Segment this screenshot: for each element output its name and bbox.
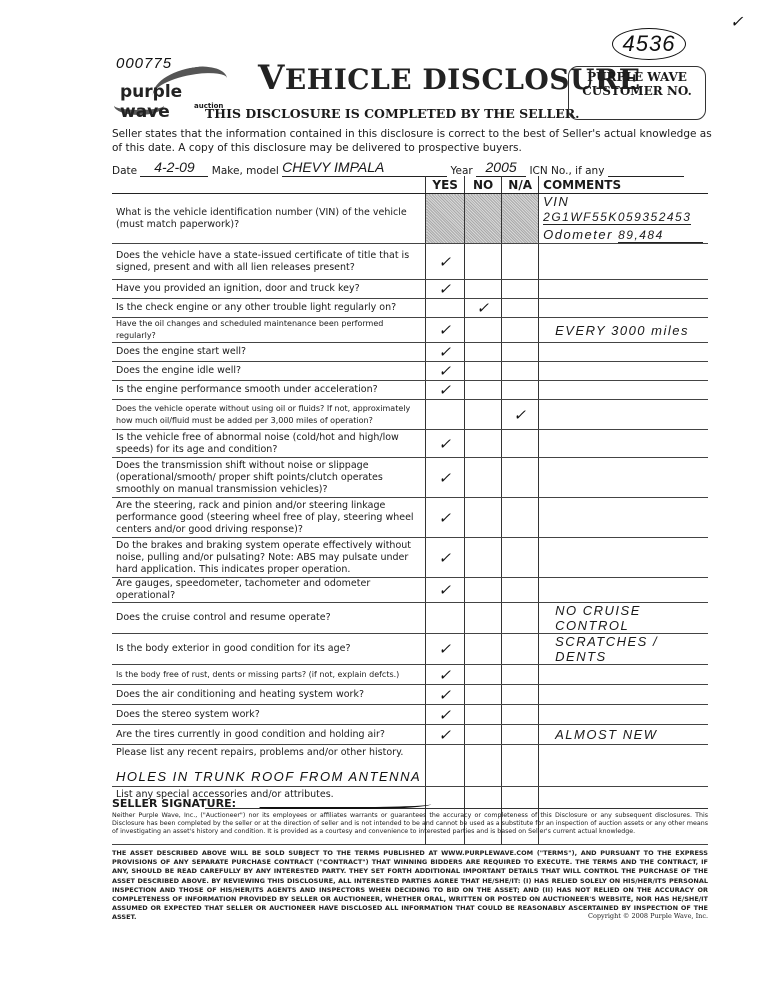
na-checkbox[interactable]	[502, 498, 539, 538]
yes-checkbox[interactable]: ✓	[426, 244, 465, 280]
question-text: Have you provided an ignition, door and …	[112, 280, 426, 299]
no-checkbox[interactable]	[465, 244, 502, 280]
na-checkbox[interactable]	[502, 280, 539, 299]
table-row: Does the transmission shift without nois…	[112, 458, 708, 498]
table-row: Do the brakes and braking system operate…	[112, 538, 708, 578]
yes-checkbox[interactable]: ✓	[426, 458, 465, 498]
no-header: NO	[465, 176, 502, 194]
date-field[interactable]: 4-2-09	[140, 160, 208, 177]
no-checkbox[interactable]	[465, 362, 502, 381]
odometer-label: Odometer	[543, 227, 613, 242]
copyright: Copyright © 2008 Purple Wave, Inc.	[588, 912, 708, 920]
no-checkbox[interactable]	[465, 725, 502, 745]
vin-field[interactable]: 2G1WF55K059352453	[543, 210, 691, 225]
yes-checkbox[interactable]	[426, 299, 465, 318]
title-initial: V	[258, 58, 285, 98]
comment-field[interactable]	[539, 362, 708, 381]
repairs-cell[interactable]: Please list any recent repairs, problems…	[112, 745, 426, 787]
check-icon: ✓	[438, 436, 452, 453]
na-checkbox[interactable]	[502, 634, 539, 665]
na-checkbox[interactable]	[502, 685, 539, 705]
signature-stroke	[259, 797, 436, 809]
na-checkbox[interactable]	[502, 430, 539, 458]
repairs-comment[interactable]	[539, 745, 708, 787]
na-checkbox[interactable]	[502, 343, 539, 362]
disclaimer-text: Neither Purple Wave, Inc., ("Auctioneer"…	[112, 812, 708, 837]
question-text: Does the air conditioning and heating sy…	[112, 685, 426, 705]
no-checkbox[interactable]	[465, 538, 502, 578]
no-checkbox[interactable]: ✓	[465, 299, 502, 318]
no-checkbox[interactable]	[465, 498, 502, 538]
comment-field[interactable]	[539, 665, 708, 685]
check-icon: ✓	[476, 300, 490, 317]
corner-check-icon: ✓	[730, 12, 744, 32]
na-checkbox[interactable]	[502, 705, 539, 725]
table-row: Is the engine performance smooth under a…	[112, 381, 708, 400]
yes-checkbox[interactable]: ✓	[426, 430, 465, 458]
comment-field[interactable]	[539, 400, 708, 430]
question-text: Does the engine start well?	[112, 343, 426, 362]
question-text: Does the stereo system work?	[112, 705, 426, 725]
check-icon: ✓	[438, 707, 452, 724]
na-checkbox[interactable]	[502, 725, 539, 745]
check-icon: ✓	[438, 727, 452, 744]
no-checkbox[interactable]	[465, 634, 502, 665]
comment-field[interactable]	[539, 430, 708, 458]
question-text: Does the cruise control and resume opera…	[112, 603, 426, 634]
comment-field[interactable]	[539, 299, 708, 318]
yes-checkbox[interactable]: ✓	[426, 634, 465, 665]
yes-checkbox[interactable]: ✓	[426, 498, 465, 538]
na-cell-disabled	[502, 194, 539, 244]
na-checkbox[interactable]	[502, 381, 539, 400]
table-row: Have you provided an ignition, door and …	[112, 280, 708, 299]
check-icon: ✓	[438, 254, 452, 271]
table-row: Is the body exterior in good condition f…	[112, 634, 708, 665]
yes-checkbox[interactable]	[426, 603, 465, 634]
comments-header: COMMENTS	[539, 176, 708, 194]
yes-checkbox[interactable]: ✓	[426, 725, 465, 745]
na-checkbox[interactable]	[502, 665, 539, 685]
check-icon: ✓	[438, 582, 452, 599]
na-checkbox[interactable]	[502, 299, 539, 318]
no-checkbox[interactable]	[465, 430, 502, 458]
odometer-field[interactable]: 89,484	[618, 228, 703, 243]
no-checkbox[interactable]	[465, 685, 502, 705]
question-text: Does the vehicle operate without using o…	[112, 400, 426, 430]
question-text: Is the body exterior in good condition f…	[112, 634, 426, 665]
question-header	[112, 176, 426, 194]
table-row: Is the check engine or any other trouble…	[112, 299, 708, 318]
customer-box-label-2: CUSTOMER NO.	[569, 84, 705, 98]
comment-field[interactable]	[539, 343, 708, 362]
yes-checkbox[interactable]: ✓	[426, 381, 465, 400]
customer-box-label-1: PURPLE WAVE	[569, 70, 705, 84]
comment-field[interactable]: ALMOST NEW	[539, 725, 708, 745]
yes-checkbox[interactable]: ✓	[426, 343, 465, 362]
comment-field[interactable]: NO CRUISE CONTROL	[539, 603, 708, 634]
no-checkbox[interactable]	[465, 458, 502, 498]
circled-customer-number: 4536	[612, 28, 686, 60]
comment-field[interactable]	[539, 458, 708, 498]
question-text: Are the steering, rack and pinion and/or…	[112, 498, 426, 538]
comment-field[interactable]	[539, 705, 708, 725]
table-row: Does the engine start well?✓	[112, 343, 708, 362]
comment-field[interactable]	[539, 578, 708, 603]
check-icon: ✓	[438, 667, 452, 684]
question-text: Are gauges, speedometer, tachometer and …	[112, 578, 426, 603]
question-text: Do the brakes and braking system operate…	[112, 538, 426, 578]
comment-field[interactable]	[539, 280, 708, 299]
table-row: Does the stereo system work?✓	[112, 705, 708, 725]
check-icon: ✓	[438, 470, 452, 487]
comment-field[interactable]	[539, 685, 708, 705]
check-icon: ✓	[438, 641, 452, 658]
check-icon: ✓	[438, 510, 452, 527]
yes-checkbox[interactable]: ✓	[426, 578, 465, 603]
repairs-label: Please list any recent repairs, problems…	[116, 747, 421, 759]
no-checkbox[interactable]	[465, 381, 502, 400]
intro-statement: Seller states that the information conta…	[112, 127, 712, 155]
question-text: Does the engine idle well?	[112, 362, 426, 381]
check-icon: ✓	[438, 550, 452, 567]
question-text: Is the vehicle free of abnormal noise (c…	[112, 430, 426, 458]
yes-checkbox[interactable]	[426, 400, 465, 430]
yes-cell-disabled	[426, 194, 465, 244]
yes-checkbox[interactable]: ✓	[426, 705, 465, 725]
question-text: Does the vehicle have a state-issued cer…	[112, 244, 426, 280]
yes-checkbox[interactable]: ✓	[426, 318, 465, 343]
question-text: Is the engine performance smooth under a…	[112, 381, 426, 400]
vin-row: What is the vehicle identification numbe…	[112, 194, 708, 244]
na-checkbox[interactable]	[502, 362, 539, 381]
question-text: Is the body free of rust, dents or missi…	[112, 665, 426, 685]
table-row: Does the engine idle well?✓	[112, 362, 708, 381]
no-checkbox[interactable]	[465, 665, 502, 685]
question-text: Is the check engine or any other trouble…	[112, 299, 426, 318]
table-row: Are the steering, rack and pinion and/or…	[112, 498, 708, 538]
yes-checkbox[interactable]: ✓	[426, 685, 465, 705]
na-checkbox[interactable]	[502, 318, 539, 343]
na-checkbox[interactable]	[502, 244, 539, 280]
no-checkbox[interactable]	[465, 578, 502, 603]
na-checkbox[interactable]: ✓	[502, 400, 539, 430]
check-icon: ✓	[438, 344, 452, 361]
comment-field[interactable]	[539, 381, 708, 400]
icn-field[interactable]	[608, 160, 684, 177]
question-text: Does the transmission shift without nois…	[112, 458, 426, 498]
na-checkbox[interactable]	[502, 458, 539, 498]
yes-header: YES	[426, 176, 465, 194]
handwritten-form-number: 000775	[116, 55, 172, 72]
table-row: Is the vehicle free of abnormal noise (c…	[112, 430, 708, 458]
no-checkbox[interactable]	[465, 705, 502, 725]
table-row: Is the body free of rust, dents or missi…	[112, 665, 708, 685]
na-checkbox[interactable]	[502, 578, 539, 603]
table-row: Does the vehicle operate without using o…	[112, 400, 708, 430]
repairs-row: Please list any recent repairs, problems…	[112, 745, 708, 787]
vin-label: VIN	[543, 194, 569, 209]
make-model-field[interactable]: CHEVY IMPALA	[282, 160, 447, 177]
table-header-row: YES NO N/A COMMENTS	[112, 176, 708, 194]
na-checkbox[interactable]	[502, 603, 539, 634]
table-row: Have the oil changes and scheduled maint…	[112, 318, 708, 343]
check-icon: ✓	[513, 407, 527, 424]
no-checkbox[interactable]	[465, 280, 502, 299]
yes-checkbox[interactable]: ✓	[426, 280, 465, 299]
table-row: Are the tires currently in good conditio…	[112, 725, 708, 745]
table-row: Does the cruise control and resume opera…	[112, 603, 708, 634]
no-checkbox[interactable]	[465, 343, 502, 362]
check-icon: ✓	[438, 281, 452, 298]
comment-field[interactable]: EVERY 3000 miles	[539, 318, 708, 343]
no-checkbox[interactable]	[465, 400, 502, 430]
question-text: Have the oil changes and scheduled maint…	[112, 318, 426, 343]
customer-number-box[interactable]: PURPLE WAVE CUSTOMER NO.	[568, 66, 706, 120]
check-icon: ✓	[438, 322, 452, 339]
disclosure-table: YES NO N/A COMMENTS What is the vehicle …	[112, 176, 708, 845]
yes-checkbox[interactable]: ✓	[426, 538, 465, 578]
check-icon: ✓	[438, 687, 452, 704]
yes-checkbox[interactable]: ✓	[426, 665, 465, 685]
question-text: Are the tires currently in good conditio…	[112, 725, 426, 745]
repairs-value: HOLES IN TRUNK ROOF FROM ANTENNA	[116, 771, 421, 783]
vin-question: What is the vehicle identification numbe…	[112, 194, 426, 244]
year-field[interactable]: 2005	[476, 160, 526, 177]
comment-field[interactable]: SCRATCHES / DENTS	[539, 634, 708, 665]
na-header: N/A	[502, 176, 539, 194]
check-icon: ✓	[438, 382, 452, 399]
no-checkbox[interactable]	[465, 318, 502, 343]
no-checkbox[interactable]	[465, 603, 502, 634]
na-checkbox[interactable]	[502, 538, 539, 578]
yes-checkbox[interactable]: ✓	[426, 362, 465, 381]
comment-field[interactable]	[539, 538, 708, 578]
table-row: Does the vehicle have a state-issued cer…	[112, 244, 708, 280]
comment-field[interactable]	[539, 244, 708, 280]
vin-odometer-cell: VIN 2G1WF55K059352453 Odometer 89,484	[539, 194, 708, 244]
table-row: Does the air conditioning and heating sy…	[112, 685, 708, 705]
table-row: Are gauges, speedometer, tachometer and …	[112, 578, 708, 603]
comment-field[interactable]	[539, 498, 708, 538]
page-subtitle: THIS DISCLOSURE IS COMPLETED BY THE SELL…	[205, 106, 580, 121]
no-cell-disabled	[465, 194, 502, 244]
check-icon: ✓	[438, 363, 452, 380]
